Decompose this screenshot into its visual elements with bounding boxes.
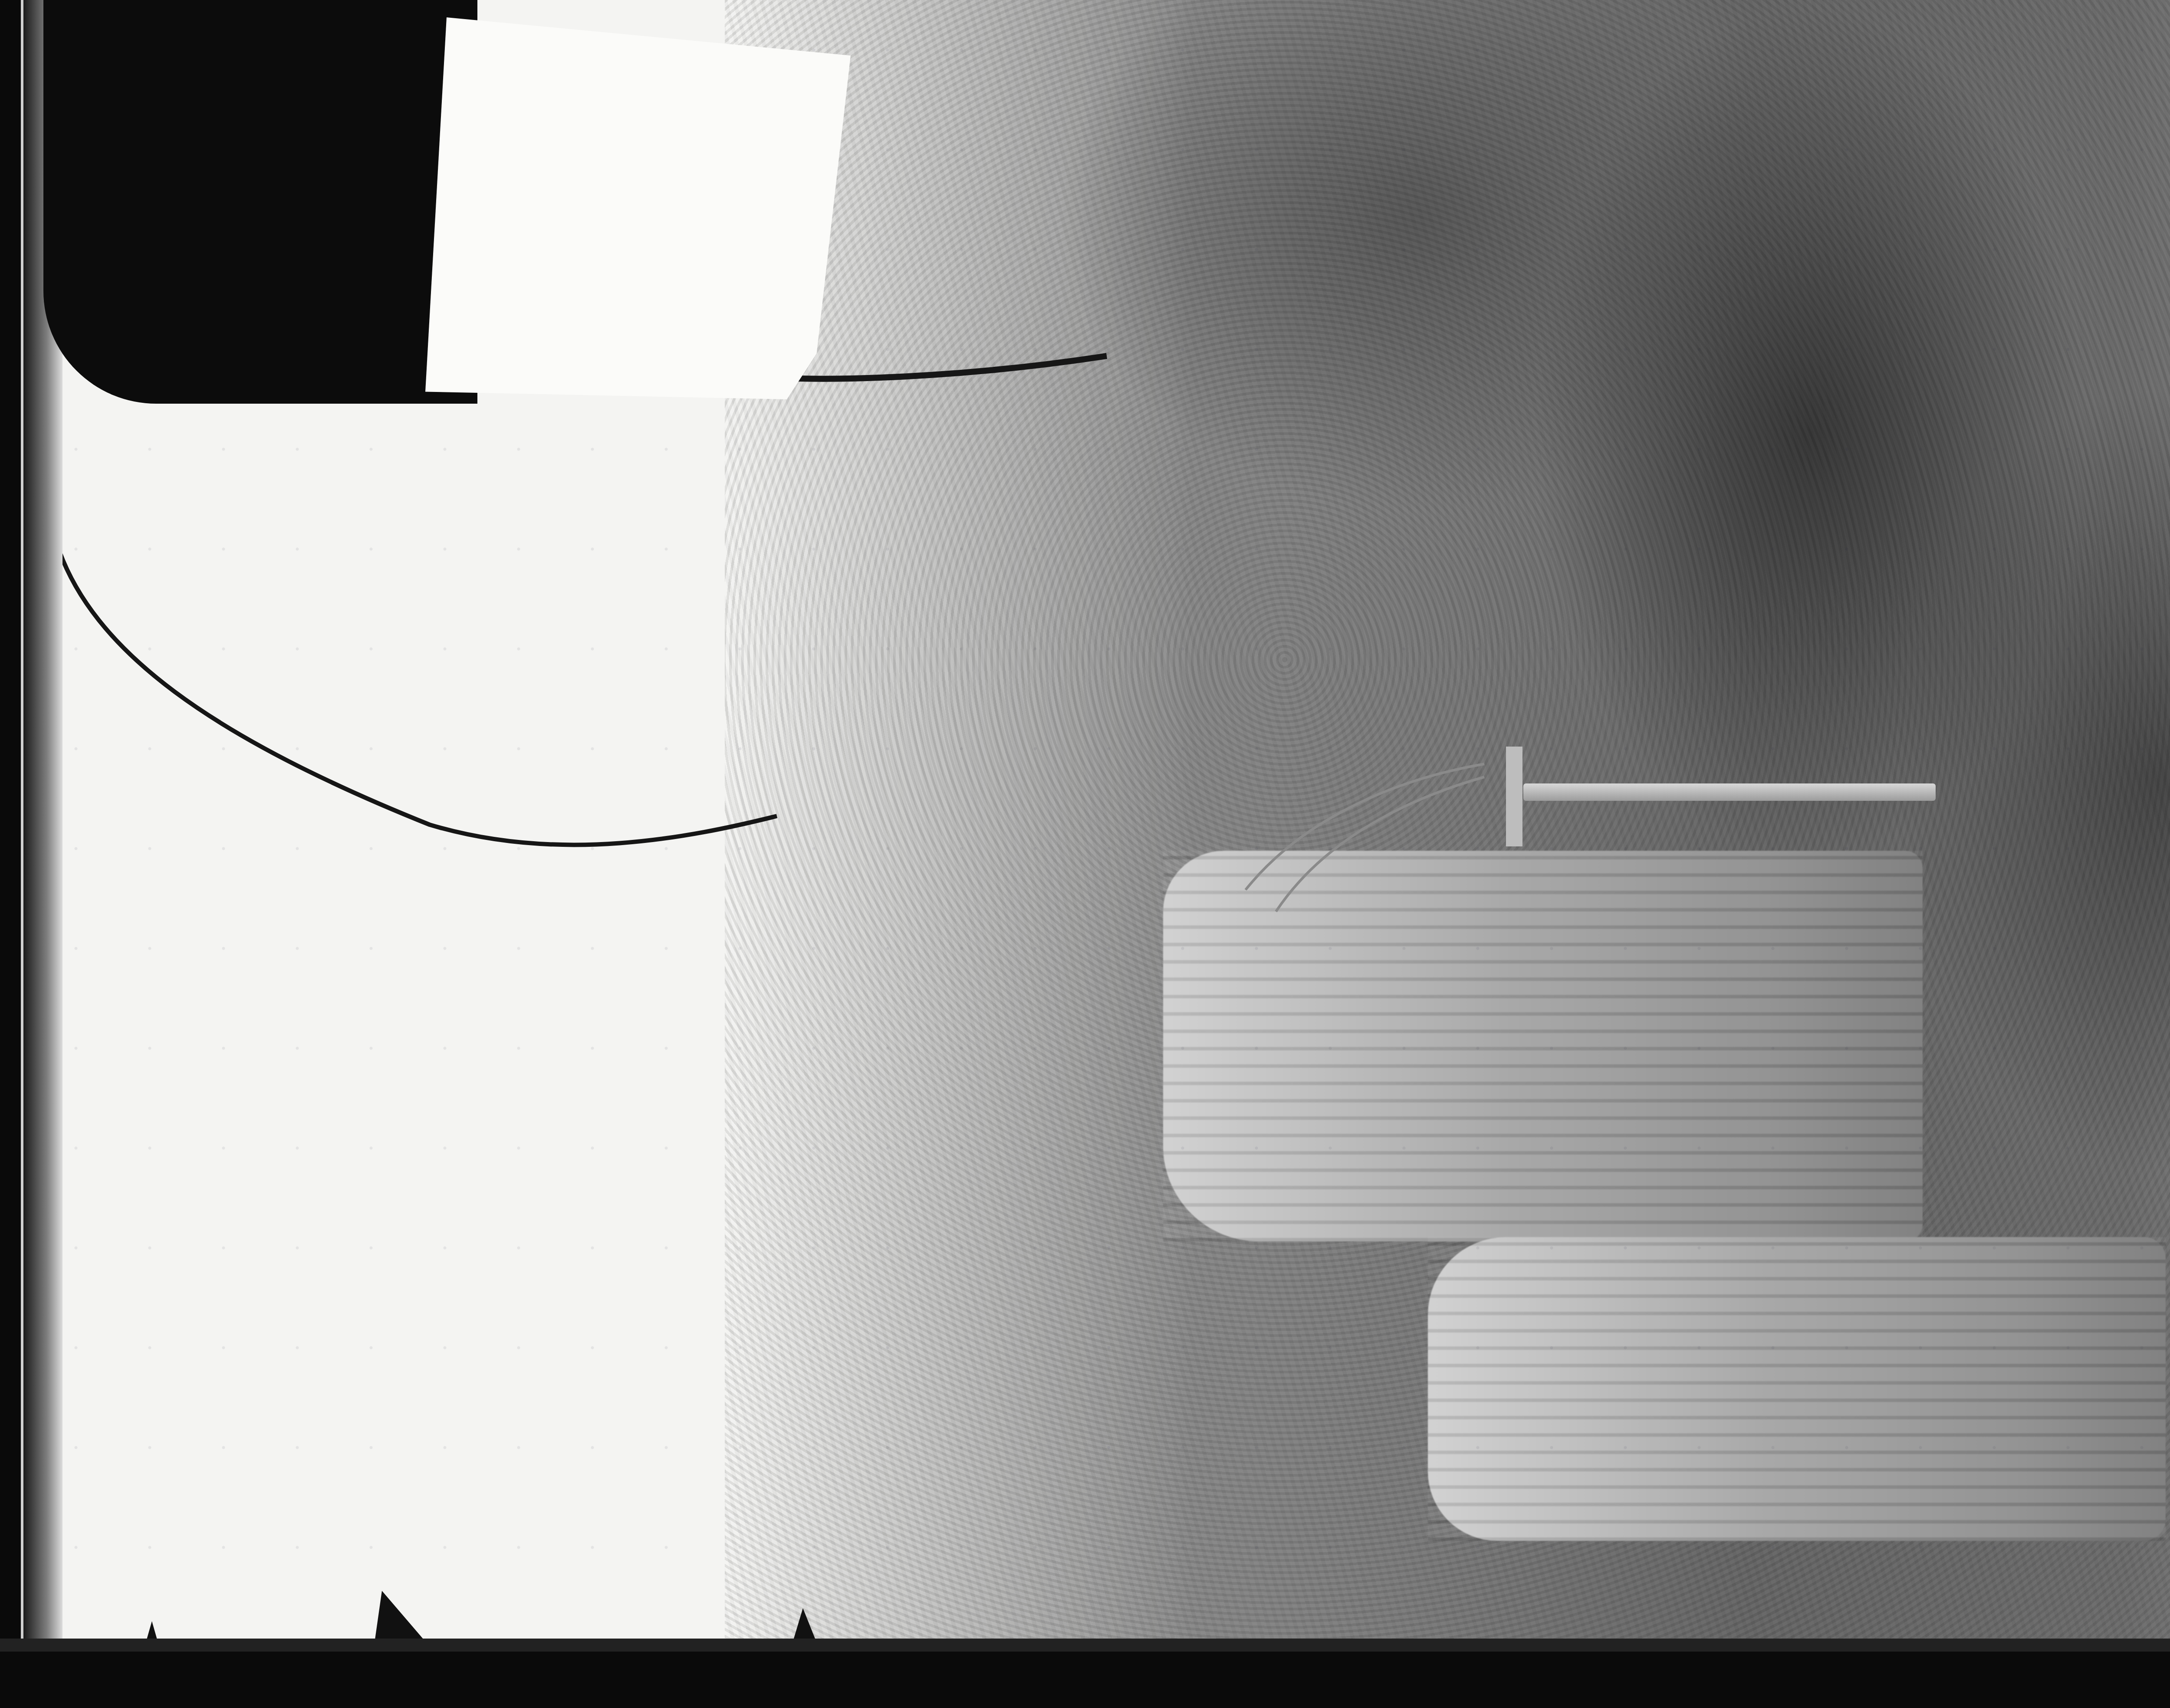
paper-sheet bbox=[425, 17, 851, 399]
bottom-edge-debris bbox=[0, 1591, 2170, 1652]
masking-tape-patch bbox=[43, 0, 477, 404]
left-edge-line bbox=[21, 0, 23, 1645]
